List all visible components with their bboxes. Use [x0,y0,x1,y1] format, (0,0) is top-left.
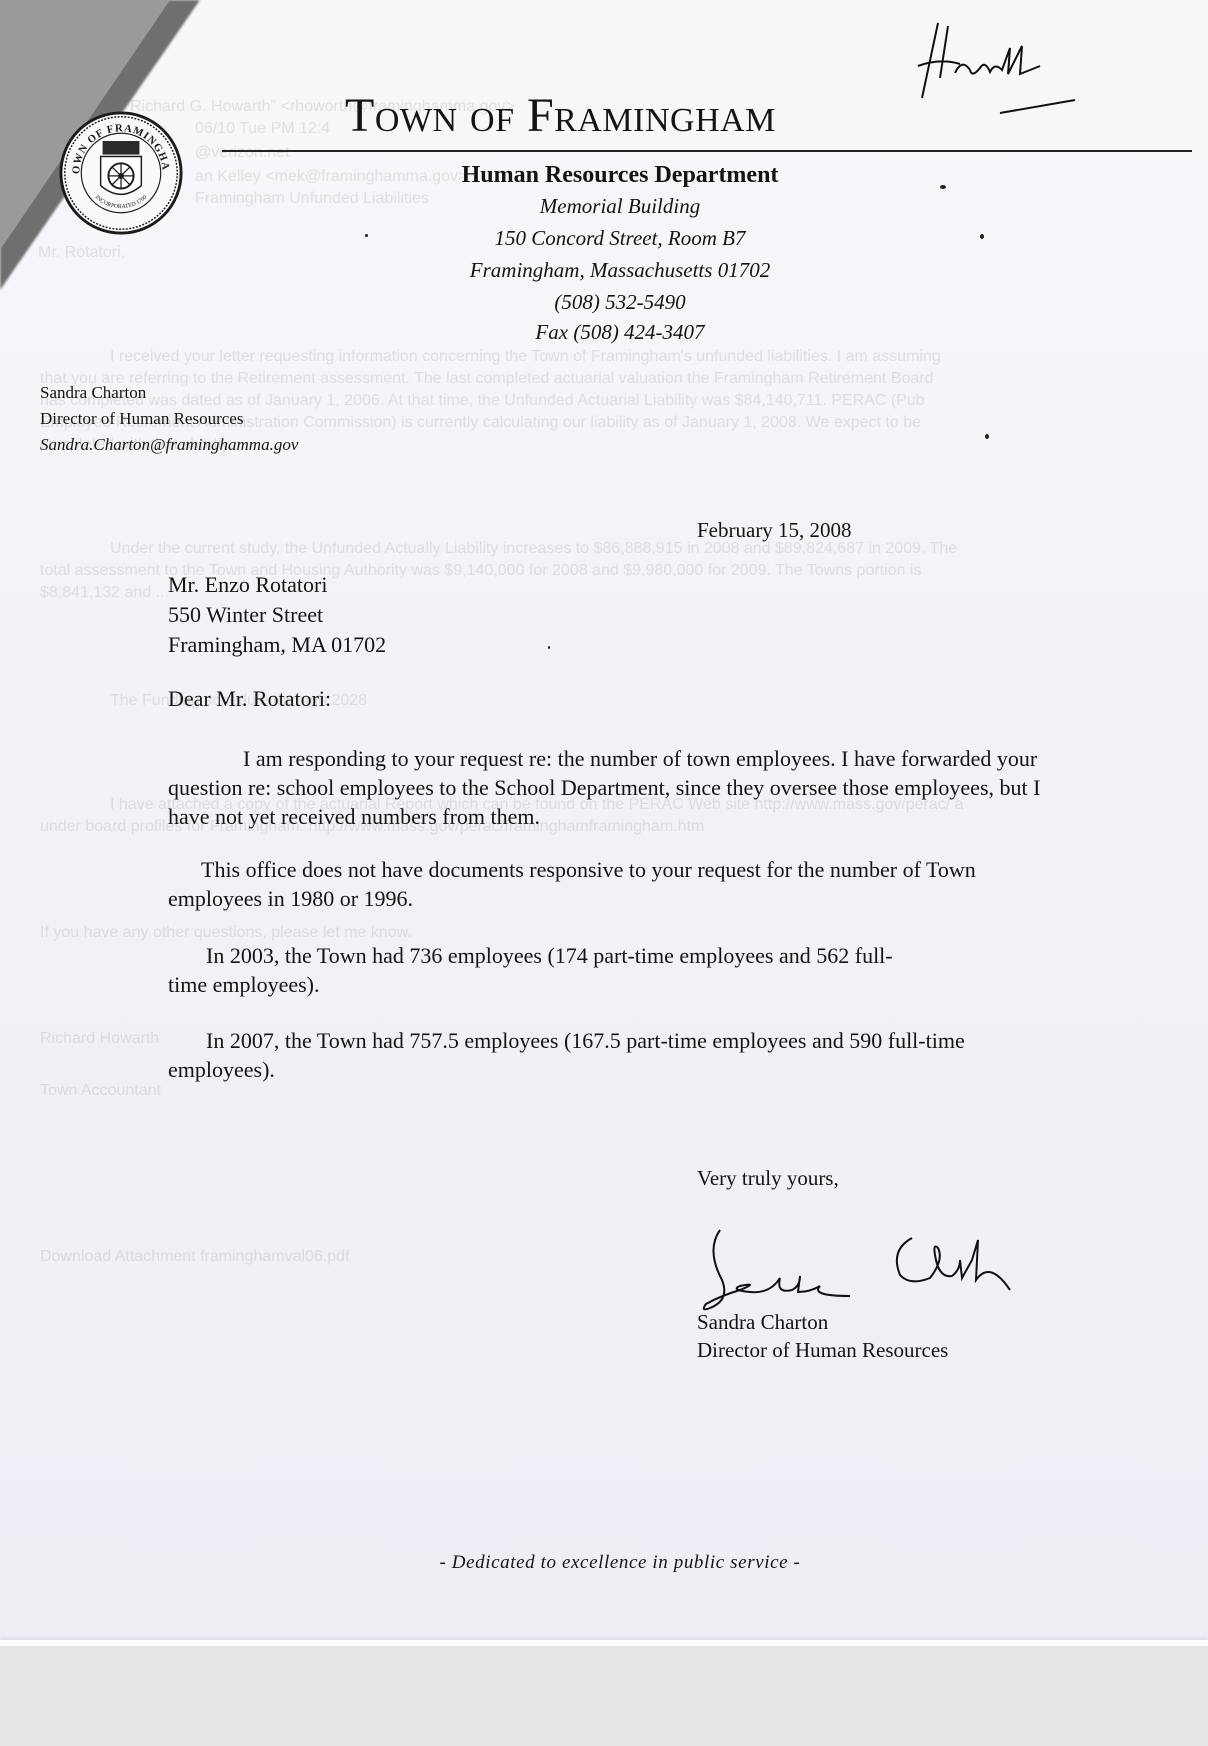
address-city: Framingham, Massachusetts 01702 [300,258,940,283]
scan-speck [365,234,368,237]
sender-email[interactable]: Sandra.Charton@framinghamma.gov [40,432,298,458]
handwritten-note-harold: Harold [900,18,1100,118]
town-seal-icon: TOWN OF FRAMINGHAM INCORPORATED 1700 [58,110,184,236]
valediction: Very truly yours, [697,1166,839,1191]
footer-motto: - Dedicated to excellence in public serv… [300,1552,940,1574]
letter-page: Richard G. Howarth" <rhoworth@framingham… [0,0,1208,1640]
scanner-bed-edge [0,1640,1208,1746]
salutation: Dear Mr. Rotatori: [168,686,331,712]
scan-speck [940,185,946,189]
letterhead-rule [222,150,1192,152]
recipient-address: Mr. Enzo Rotatori 550 Winter Street Fram… [168,570,386,660]
scan-speck [985,434,989,439]
address-building: Memorial Building [300,194,940,219]
body-paragraph-3: In 2003, the Town had 736 employees (174… [168,941,928,999]
body-paragraph-2: This office does not have documents resp… [168,855,1048,913]
handwritten-signature [700,1220,1060,1320]
signature-block: Sandra Charton Director of Human Resourc… [697,1308,948,1364]
scan-speck [980,234,984,239]
signature-name: Sandra Charton [697,1308,948,1336]
signature-title: Director of Human Resources [697,1336,948,1364]
recipient-name: Mr. Enzo Rotatori [168,570,386,600]
body-paragraph-1: I am responding to your request re: the … [168,744,1048,831]
recipient-street: 550 Winter Street [168,600,386,630]
sender-name: Sandra Charton [40,380,298,406]
department-name: Human Resources Department [300,162,940,189]
letter-date: February 15, 2008 [697,518,852,543]
address-street: 150 Concord Street, Room B7 [300,226,940,251]
bleed-through-text: @verizon.net [195,144,290,162]
sender-block: Sandra Charton Director of Human Resourc… [40,380,298,458]
bleed-through-text: I received your letter requesting inform… [110,348,941,366]
bleed-through-text: Town Accountant [40,1082,161,1100]
scan-speck [548,646,550,649]
letterhead-title: Town of Framingham [345,88,776,143]
sender-title: Director of Human Resources [40,406,298,432]
bleed-through-text: $8,841,132 and ... [40,584,169,602]
bleed-through-text: Download Attachment framinghamval06.pdf [40,1248,350,1266]
bleed-through-text: 06/10 Tue PM 12:4 [195,120,330,138]
bleed-through-text: Richard Howarth [40,1030,159,1048]
phone-number: (508) 532-5490 [300,290,940,315]
body-paragraph-4: In 2007, the Town had 757.5 employees (1… [168,1026,1048,1084]
fax-number: Fax (508) 424-3407 [300,320,940,345]
recipient-city: Framingham, MA 01702 [168,630,386,660]
bleed-through-text: If you have any other questions, please … [40,924,412,942]
